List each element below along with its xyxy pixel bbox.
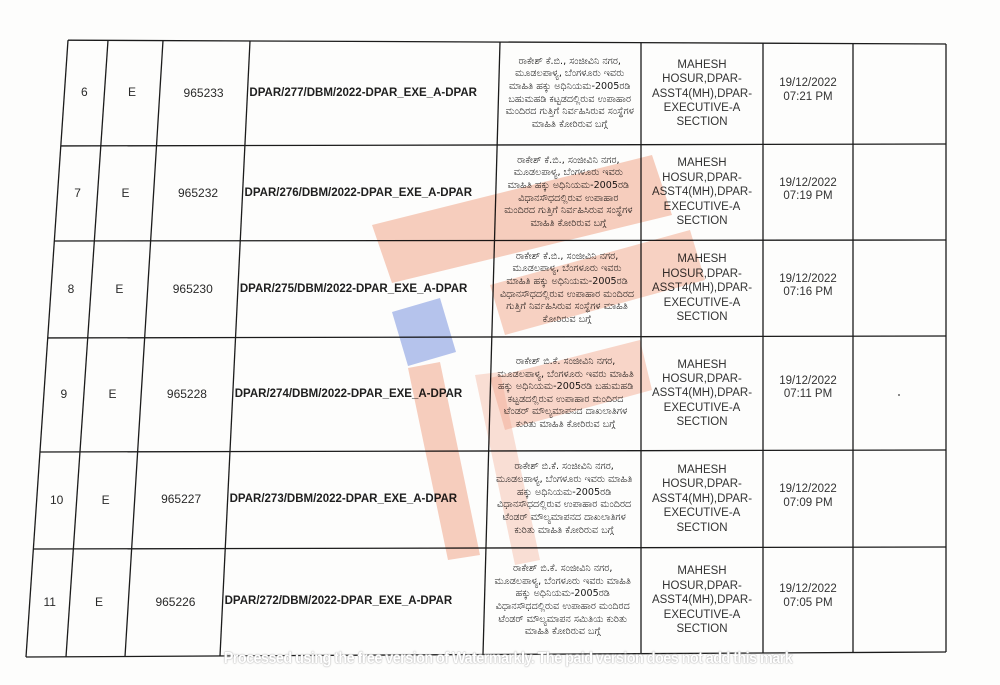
remarks <box>855 549 944 650</box>
received-date: 19/12/2022 07:05 PM <box>765 549 851 650</box>
serial-number: 6 <box>66 42 102 144</box>
receipt-number: 965226 <box>130 551 220 655</box>
file-number: DPAR/277/DBM/2022-DPAR_EXE_A-DPAR <box>249 43 496 143</box>
receipt-number: 965233 <box>162 43 246 144</box>
sender-name: MAHESH HOSUR,DPAR-ASST4(MH),DPAR-EXECUTI… <box>643 45 761 143</box>
watermark-footer-text: Processed using the free version of Wate… <box>210 650 805 668</box>
file-number: DPAR/276/DBM/2022-DPAR_EXE_A-DPAR <box>245 147 494 238</box>
subject-text: ರಾಕೇಶ್ ಕೆ.ಬಿ., ಸಂಜೀವಿನಿ ನಗರ, ಮೂಡಲಪಾಳ್ಯ, … <box>498 147 639 239</box>
receipt-type: E <box>79 454 133 547</box>
remarks <box>855 338 944 448</box>
received-date: 19/12/2022 07:19 PM <box>765 146 851 238</box>
serial-number: 11 <box>32 551 68 655</box>
file-number: DPAR/275/DBM/2022-DPAR_EXE_A-DPAR <box>240 243 491 336</box>
scanned-document-page: 6E965233DPAR/277/DBM/2022-DPAR_EXE_A-DPA… <box>0 0 1000 685</box>
subject-text: ರಾಕೇಶ್ ಬಿ.ಕೆ. ಸಂಜೀವಿನಿ ನಗರ, ಮೂಡಲಪಾಳ್ಯ, ಬ… <box>489 453 639 546</box>
receipt-number: 965227 <box>137 454 226 547</box>
file-number: DPAR/274/DBM/2022-DPAR_EXE_A-DPAR <box>235 339 488 449</box>
file-number: DPAR/273/DBM/2022-DPAR_EXE_A-DPAR <box>230 453 486 546</box>
received-date: 19/12/2022 07:09 PM <box>765 452 851 545</box>
sender-name: MAHESH HOSUR,DPAR-ASST4(MH),DPAR-EXECUTI… <box>643 550 761 652</box>
receipt-type: E <box>100 148 152 239</box>
received-date: 19/12/2022 07:21 PM <box>765 45 851 142</box>
receipt-type: E <box>93 243 146 336</box>
remarks <box>855 242 944 334</box>
serial-number: 7 <box>60 148 96 239</box>
received-date: 19/12/2022 07:16 PM <box>765 242 851 334</box>
remarks <box>855 452 944 545</box>
receipt-number: 965230 <box>150 243 236 336</box>
stray-mark <box>898 394 900 396</box>
sender-name: MAHESH HOSUR,DPAR-ASST4(MH),DPAR-EXECUTI… <box>643 453 761 546</box>
serial-number: 8 <box>53 243 89 336</box>
receipt-type: E <box>86 340 139 450</box>
subject-text: ರಾಕೇಶ್ ಬಿ.ಕೆ. ಸಂಜೀವಿನಿ ನಗರ, ಮೂಡಲಪಾಳ್ಯ, ಬ… <box>492 339 639 449</box>
subject-text: ರಾಕೇಶ್ ಕೆ.ಬಿ., ಸಂಜೀವಿನಿ ನಗರ, ಮೂಡಲಪಾಳ್ಯ, … <box>495 242 639 334</box>
serial-number: 10 <box>39 454 75 547</box>
remarks <box>855 146 944 238</box>
subject-text: ರಾಕೇಶ್ ಕೆ.ಬಿ., ಸಂಜೀವಿನಿ ನಗರ, ಮೂಡಲಪಾಳ್ಯ, … <box>501 44 639 142</box>
serial-number: 9 <box>46 340 82 450</box>
receipt-type: E <box>72 551 127 655</box>
sender-name: MAHESH HOSUR,DPAR-ASST4(MH),DPAR-EXECUTI… <box>643 147 761 239</box>
received-date: 19/12/2022 07:11 PM <box>765 338 851 448</box>
subject-text: ರಾಕೇಶ್ ಬಿ.ಕೆ. ಸಂಜೀವಿನಿ ನಗರ, ಮೂಡಲಪಾಳ್ಯ, ಬ… <box>486 550 639 652</box>
file-number: DPAR/272/DBM/2022-DPAR_EXE_A-DPAR <box>225 550 483 653</box>
receipt-type: E <box>106 42 157 143</box>
receipt-number: 965228 <box>143 340 231 450</box>
sender-name: MAHESH HOSUR,DPAR-ASST4(MH),DPAR-EXECUTI… <box>643 339 761 449</box>
receipt-number: 965232 <box>156 148 241 239</box>
remarks <box>855 46 944 142</box>
sender-name: MAHESH HOSUR,DPAR-ASST4(MH),DPAR-EXECUTI… <box>643 242 761 334</box>
